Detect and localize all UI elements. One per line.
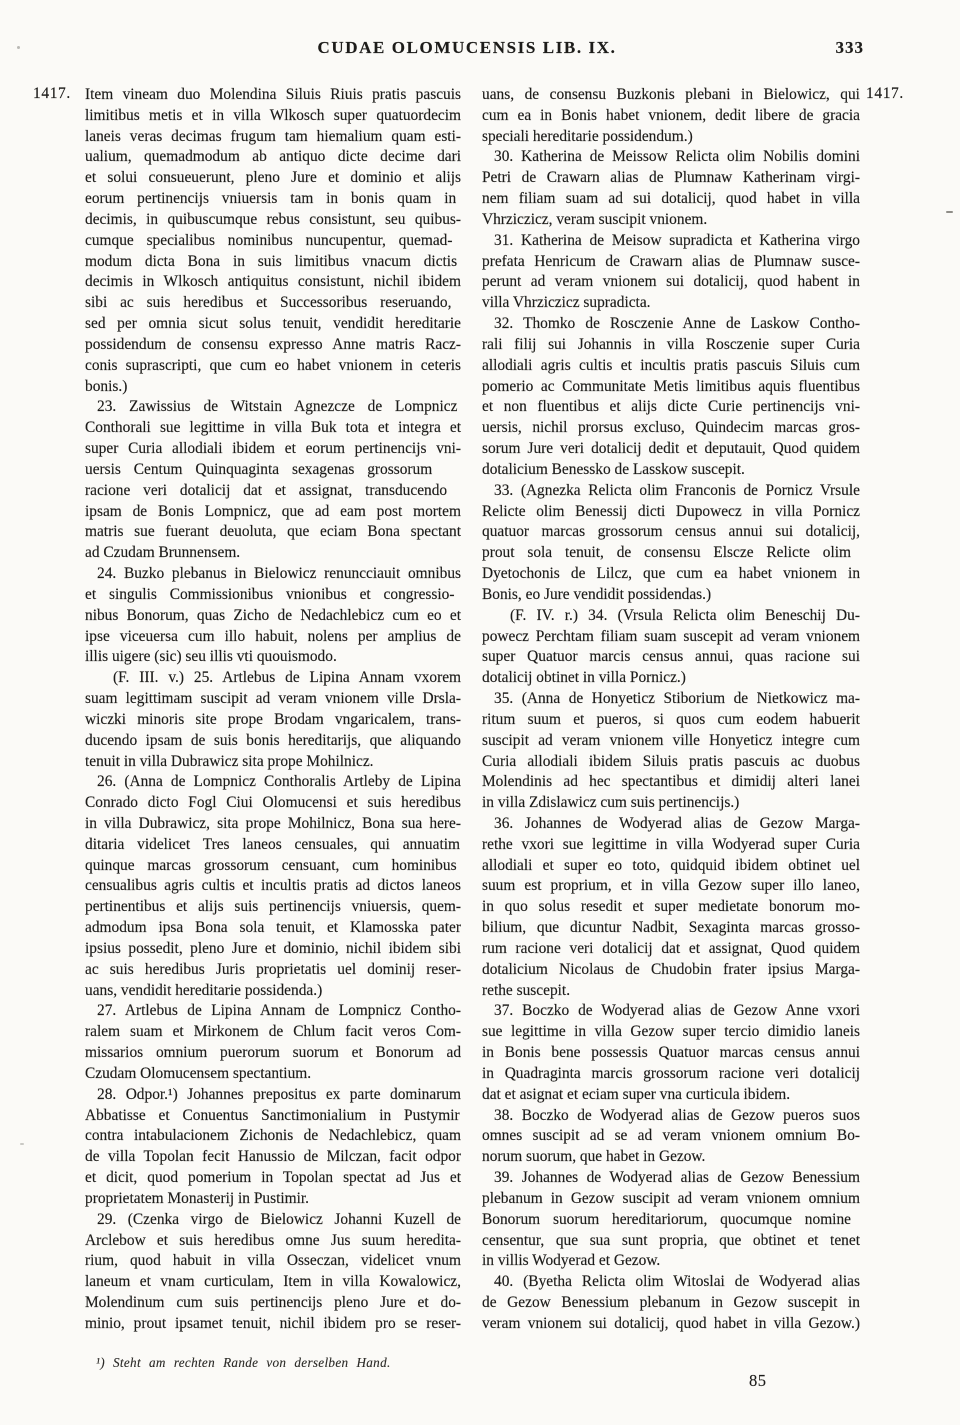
text-line: decimis in Wlkosch antiquitus consistunt… (85, 272, 461, 293)
text-line: Czudam Olomucensem spectantium. (85, 1064, 461, 1085)
text-line: in villa Zdislawicz cum suis pertinencij… (482, 793, 860, 814)
text-line: suam legittimam suscipit ad veram vnione… (85, 689, 461, 710)
text-line: missarios omnium puerorum suorum et Bono… (85, 1043, 461, 1064)
text-line: in villis Wodyerad et Gezow. (482, 1251, 860, 1272)
text-line: dotalicium Nicolaus de Chudobin frater i… (482, 960, 860, 981)
text-line: nem filiam suam ad sui dotalicij, quod h… (482, 189, 860, 210)
text-line: 33. (Agnezka Relicta olim Franconis de P… (482, 481, 860, 502)
text-line: suscipit ad veram vnionem ville Honyetic… (482, 731, 860, 752)
text-line: illis uigere (sic) seu illis vti quouism… (85, 647, 461, 668)
paragraph-34: (F. IV. r.) 34. (Vrsula Relicta olim Ben… (482, 606, 860, 689)
text-line: ipsius possedit, pleno Jure et dominio, … (85, 939, 461, 960)
text-column-left: Item vineam duo Molendina Siluis Riuis p… (85, 85, 461, 1335)
text-line: 24. Buzko plebanus in Bielowicz renuncci… (85, 564, 461, 585)
text-line: 23. Zawissius de Witstain Agnezcze de Lo… (85, 397, 461, 418)
paragraph-37: 37. Boczko de Wodyerad alias de Gezow An… (482, 1001, 860, 1105)
text-line: 32. Thomko de Rosczenie Anne de Laskow C… (482, 314, 860, 335)
margin-year-left: 1417. (33, 84, 71, 105)
paragraph-32: 32. Thomko de Rosczenie Anne de Laskow C… (482, 314, 860, 481)
text-line: ualium, quemadmodum ab antiquo dicte dec… (85, 147, 461, 168)
text-line: Dyetochonis de Lilcz, que cum ea habet v… (482, 564, 860, 585)
text-line: 31. Katherina de Meisow supradicta et Ka… (482, 231, 860, 252)
book-page: CUDAE OLOMUCENSIS LIB. IX. 333 1417. 141… (0, 0, 960, 1425)
text-line: ritum suum et pueros, si quos cum eodem … (482, 710, 860, 731)
text-line: cum ea in Bonis habet vnionem, dedit lib… (482, 106, 860, 127)
text-line: dotalicium Benessko de Lasskow suscepit. (482, 460, 860, 481)
text-line: 36. Johannes de Wodyerad alias de Gezow … (482, 814, 860, 835)
text-line: rethe vxori sue legittime in villa Wodye… (482, 835, 860, 856)
text-line: admodum ipsa Bona sola tenuit, et Klamos… (85, 918, 461, 939)
text-line: ditaria videlicet Tres laneos censuales,… (85, 835, 461, 856)
text-line: 26. (Anna de Lompnicz Conthoralis Artleb… (85, 772, 461, 793)
text-line: limitibus metis et in villa Wlkosch supe… (85, 106, 461, 127)
text-line: sue legittime in villa Gezow super terci… (482, 1022, 860, 1043)
text-line: Conthorali sue legittime in villa Buk to… (85, 418, 461, 439)
paragraph-35: 35. (Anna de Honyeticz Stiborium de Niet… (482, 689, 860, 814)
paragraph-29: 29. (Czenka virgo de Bielowicz Johanni K… (85, 1210, 461, 1335)
text-line: possidendum de consensu expresso Anne ma… (85, 335, 461, 356)
text-line: allodiali agris cultis et incultis prati… (482, 356, 860, 377)
text-line: Molendinum cum suis pertinencijs pleno J… (85, 1293, 461, 1314)
text-line: 38. Boczko de Wodyerad alias de Gezow pu… (482, 1106, 860, 1127)
text-line: Arclebow et suis heredibus omne Jus suum… (85, 1231, 461, 1252)
text-line: 40. (Byetha Relicta olim Witoslai de Wod… (482, 1272, 860, 1293)
paragraph-33: 33. (Agnezka Relicta olim Franconis de P… (482, 481, 860, 606)
text-line: powecz Perchtam filiam suam suscepit ad … (482, 627, 860, 648)
text-line: uans, de consensu Buzkonis plebani in Bi… (482, 85, 860, 106)
paragraph-23: 23. Zawissius de Witstain Agnezcze de Lo… (85, 397, 461, 564)
text-line: censentur, que sua sunt propria, que obt… (482, 1231, 860, 1252)
text-line: Petri de Crawarn alias de Plumnaw Kather… (482, 168, 860, 189)
text-line: veram vnionem sui dotalicij, quod habet … (482, 1314, 860, 1335)
paragraph-25: (F. III. v.) 25. Artlebus de Lipina Anna… (85, 668, 461, 772)
paragraph-26: 26. (Anna de Lompnicz Conthoralis Artleb… (85, 772, 461, 1001)
text-line: modum dicta Bona in suis limitibus vnacu… (85, 252, 461, 273)
text-line: de villa Topolan fecit Hanussio de Milcz… (85, 1147, 461, 1168)
text-line: uersis Centum Quinquaginta sexagenas gro… (85, 460, 461, 481)
text-line: Bonorum suorum hereditariorum, quocumque… (482, 1210, 860, 1231)
text-line: prefata Henricum de Crawarn alias de Plu… (482, 252, 860, 273)
text-line: laneis veras decimas frugum tam hiemaliu… (85, 127, 461, 148)
text-line: ipse viceuersa cum illo habuit, nolens p… (85, 627, 461, 648)
text-line: 30. Katherina de Meissow Relicta olim No… (482, 147, 860, 168)
paragraph-38: 38. Boczko de Wodyerad alias de Gezow pu… (482, 1106, 860, 1168)
text-line: censualibus agris cultis et incultis pra… (85, 876, 461, 897)
text-line: super Quatuor marcis census annui, quas … (482, 647, 860, 668)
text-line: omnes suscipit ad se ad veram vnionem om… (482, 1126, 860, 1147)
text-line: rali filij sui Johannis in villa Rosczen… (482, 335, 860, 356)
text-line: plebanum in Gezow suscipit ad veram vnio… (482, 1189, 860, 1210)
running-title: CUDAE OLOMUCENSIS LIB. IX. (0, 38, 934, 58)
page-number: 333 (834, 38, 864, 58)
paragraph-24: 24. Buzko plebanus in Bielowicz renuncci… (85, 564, 461, 668)
paragraph-1417: Item vineam duo Molendina Siluis Riuis p… (85, 85, 461, 397)
text-line: villa Vhrziczicz supradicta. (482, 293, 860, 314)
text-line: dat et asignat et eciam super vna curtic… (482, 1085, 860, 1106)
text-line: wiczki minoris site prope Brodam vngaric… (85, 710, 461, 731)
text-line: ad Czudam Brunnensem. (85, 543, 461, 564)
text-line: norum suorum, que habet in Gezow. (482, 1147, 860, 1168)
text-line: uersis, nichil prorsus excluso, Quindeci… (482, 418, 860, 439)
text-line: eorum pertinencijs vniuersis tam in boni… (85, 189, 461, 210)
text-line: nibus Bonorum, quas Zicho de Nedachlebic… (85, 606, 461, 627)
text-line: ac suis heredibus Juris proprietatis uel… (85, 960, 461, 981)
text-line: bonis.) (85, 377, 461, 398)
text-line: pomerio ac Communitate Metis limitibus a… (482, 377, 860, 398)
text-line: 28. Odpor.¹) Johannes prepositus ex part… (85, 1085, 461, 1106)
text-line: Relicte olim Benessij dicti Dupowecz in … (482, 502, 860, 523)
text-line: ducendo ipsam de suis bonis hereditarijs… (85, 731, 461, 752)
text-line: super Curia allodiali ibidem et eorum pe… (85, 439, 461, 460)
text-line: et solui consueuerunt, pleno Jure et dom… (85, 168, 461, 189)
text-line: proprietatem Monasterij in Pustimir. (85, 1189, 461, 1210)
text-line: in villa Dubrawicz, sita prope Mohilnicz… (85, 814, 461, 835)
text-line: 37. Boczko de Wodyerad alias de Gezow An… (482, 1001, 860, 1022)
text-line: quinque marcas grossorum censuant, cum h… (85, 856, 461, 877)
text-line: rum racione veri dotalicij dat et assign… (482, 939, 860, 960)
paragraph-31: 31. Katherina de Meisow supradicta et Ka… (482, 231, 860, 314)
text-line: in quo solus resedit et super medietate … (482, 897, 860, 918)
text-line: et singulis Commissionibus vnionibus et … (85, 585, 461, 606)
text-line: sed per omnia sicut solus tenuit, vendid… (85, 314, 461, 335)
text-line: decimis, in quibuscumque rebus consistun… (85, 210, 461, 231)
footnote: ¹) Steht am rechten Rande von derselben … (96, 1355, 391, 1371)
text-line: racione veri dotalicij dat et assignat, … (85, 481, 461, 502)
text-line: prout sola tenuit, de consensu Elscze Re… (482, 543, 860, 564)
paragraph-36: 36. Johannes de Wodyerad alias de Gezow … (482, 814, 860, 1001)
paragraph-40: 40. (Byetha Relicta olim Witoslai de Wod… (482, 1272, 860, 1334)
scan-artifact-speck (946, 211, 953, 213)
signature-mark: 85 (749, 1371, 767, 1391)
text-line: in Quadraginta marcis grossorum racione … (482, 1064, 860, 1085)
text-line: 35. (Anna de Honyeticz Stiborium de Niet… (482, 689, 860, 710)
text-line: (F. IV. r.) 34. (Vrsula Relicta olim Ben… (482, 606, 860, 627)
text-line: 39. Johannes de Wodyerad alias de Gezow … (482, 1168, 860, 1189)
text-line: dotalicij obtinet in villa Pornicz.) (482, 668, 860, 689)
paragraph-39: 39. Johannes de Wodyerad alias de Gezow … (482, 1168, 860, 1272)
text-line: et dicit, quod pomerium in Topolan spect… (85, 1168, 461, 1189)
text-line: de Gezow Benessium plebanum in Gezow sus… (482, 1293, 860, 1314)
scan-artifact-speck (20, 1143, 24, 1145)
text-line: sorum Jure veri dotalicij dedit et deput… (482, 439, 860, 460)
text-line: matris sue fuerant deuoluta, que eciam B… (85, 522, 461, 543)
text-line: pertinentibus et alijs suis pertinencijs… (85, 897, 461, 918)
text-line: quatuor marcas grossorum census annui su… (482, 522, 860, 543)
text-line: laneum et vnam curticulam, Item in villa… (85, 1272, 461, 1293)
margin-year-right: 1417. (866, 84, 904, 105)
text-line: Curia allodiali ibidem Siluis pratis pas… (482, 752, 860, 773)
scan-artifact-speck (17, 46, 20, 49)
paragraph-continuation: uans, de consensu Buzkonis plebani in Bi… (482, 85, 860, 147)
text-line: (F. III. v.) 25. Artlebus de Lipina Anna… (85, 668, 461, 689)
text-line: contra intabulacionem Zichonis de Nedach… (85, 1126, 461, 1147)
text-line: sibi ac suis heredibus et Successoribus … (85, 293, 461, 314)
text-line: rium, quod habuit in villa Osseczan, vid… (85, 1251, 461, 1272)
paragraph-30: 30. Katherina de Meissow Relicta olim No… (482, 147, 860, 230)
paragraph-27: 27. Artlebus de Lipina Annam de Lompnicz… (85, 1001, 461, 1084)
text-line: Molendinis ad hec spectantibus et dimidi… (482, 772, 860, 793)
text-line: uans, vendidit hereditarie possidenda.) (85, 981, 461, 1002)
text-line: bilium, que dicuntur Nadbit, Sexaginta m… (482, 918, 860, 939)
text-line: rethe suscepit. (482, 981, 860, 1002)
text-column-right: uans, de consensu Buzkonis plebani in Bi… (482, 85, 860, 1335)
text-line: cumque specialibus nominibus nuncupentur… (85, 231, 461, 252)
text-line: speciali hereditarie possidendum.) (482, 127, 860, 148)
text-line: in Bonis bene possessis Quatuor marcas c… (482, 1043, 860, 1064)
paragraph-28: 28. Odpor.¹) Johannes prepositus ex part… (85, 1085, 461, 1210)
text-line: Item vineam duo Molendina Siluis Riuis p… (85, 85, 461, 106)
text-line: Conrado dicto Fogl Ciui Olomucensi et su… (85, 793, 461, 814)
text-line: et non fluentibus et alijs dicte Curie p… (482, 397, 860, 418)
text-line: Abbatisse et Conuentus Sanctimonialium i… (85, 1106, 461, 1127)
text-line: Vhrziczicz, veram suscipit vnionem. (482, 210, 860, 231)
text-line: perunt ad veram vnionem sui dotalicij, q… (482, 272, 860, 293)
text-line: 27. Artlebus de Lipina Annam de Lompnicz… (85, 1001, 461, 1022)
text-line: tenuit in villa Dubrawicz sita prope Moh… (85, 752, 461, 773)
text-line: minio, prout ipsamet tenuit, nichil ibid… (85, 1314, 461, 1335)
text-line: allodiali et super eo toto, quidquid ibi… (482, 856, 860, 877)
text-line: Bonis, eo Jure vendidit possidendas.) (482, 585, 860, 606)
text-line: ralem suam et Mirkonem de Chlum facit ve… (85, 1022, 461, 1043)
text-line: suum est proprium, et in villa Gezow sup… (482, 876, 860, 897)
text-line: conis suprascripti, que cum eo habet vni… (85, 356, 461, 377)
text-line: 29. (Czenka virgo de Bielowicz Johanni K… (85, 1210, 461, 1231)
text-line: ipsam de Bonis Lompnicz, que ad eam post… (85, 502, 461, 523)
